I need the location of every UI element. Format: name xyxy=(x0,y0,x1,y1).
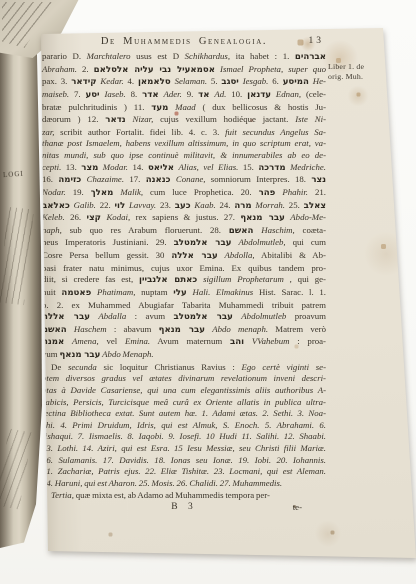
italic-text: Galib. xyxy=(74,200,96,210)
italic-text: Abdo menaph. xyxy=(212,324,268,334)
italic-text: Ego certè viginti se- xyxy=(241,362,326,372)
text-line: p. 2. ex Muhammed Abugiafar Tabarita Muh… xyxy=(42,300,326,312)
italic-text: Schikhardus, xyxy=(185,51,230,61)
hebrew-word: עדנאן xyxy=(247,90,271,100)
italic-text: Phahir. xyxy=(282,187,308,197)
roman-text: 6. xyxy=(268,76,282,86)
hebrew-word: סלאמאן xyxy=(138,77,171,87)
hebrew-word: קידאר xyxy=(71,77,96,87)
text-line: 24. Haruni, qui est Aharon. 25. Mosis. 2… xyxy=(42,478,326,490)
roman-text: Avum maternum xyxy=(150,336,230,346)
italic-text: Abdolmutleb, xyxy=(238,237,285,247)
roman-text: nuit xyxy=(42,287,61,297)
roman-text: 21. xyxy=(308,187,326,197)
text-line: naph, sub quo res Arabum floruerunt. 28.… xyxy=(42,225,326,238)
roman-text: 16. xyxy=(42,174,58,184)
body-text: parario D. Marchtalero usus est D Schikh… xyxy=(42,51,326,501)
roman-text: : avum xyxy=(126,311,173,321)
text-line: 21. Zachariæ, Patris ejus. 22. Eliæ Tish… xyxy=(42,466,326,478)
roman-text: quæ mixta est, ab Adamo ad Muhammedis te… xyxy=(74,490,270,500)
roman-text: : abavum xyxy=(107,324,159,334)
hebrew-word: קצי xyxy=(87,213,101,223)
text-line: jectina Bibliotheca extat. Sunt autem hæ… xyxy=(42,408,326,420)
roman-text: De xyxy=(51,362,68,372)
italic-text: 24. Haruni, qui est Aharon. 25. Mosis. 2… xyxy=(42,478,282,488)
margin-note: Liber 1. de orig. Muh. xyxy=(328,62,390,81)
hebrew-word: מצר xyxy=(81,163,98,173)
text-line: parario D. Marchtalero usus est D Schikh… xyxy=(42,51,326,64)
roman-text xyxy=(244,336,252,346)
text-line: neus Imperatoris Justiniani. 29. עבר אלמ… xyxy=(42,237,326,250)
italic-text: Ismael Propheta, super quo xyxy=(220,64,326,74)
roman-text: Hist. Sarac. l. 1. xyxy=(253,287,326,297)
hebrew-word: יסע xyxy=(85,90,99,100)
roman-text: 2. xyxy=(77,64,94,74)
text-line: Cosre Persa bellum gessit. 30 עבר אללה A… xyxy=(42,250,326,263)
book-page: De Muhammedis Genealogia. 13 parario D. … xyxy=(28,24,416,564)
italic-text: Haschem xyxy=(74,324,107,334)
roman-text: parario D. xyxy=(42,51,87,61)
hebrew-word: האשם xyxy=(42,325,67,335)
roman-text: ( dux bellicosus & hostis Ju- xyxy=(196,102,326,112)
italic-text: He- xyxy=(313,76,326,86)
italic-text: Iaseb. xyxy=(104,89,125,99)
roman-text: 26. xyxy=(65,212,87,222)
italic-text: fuit secundus Angelus Sa- xyxy=(225,127,326,137)
italic-text: Ednan, xyxy=(276,89,301,99)
signature-mark: B 3 xyxy=(171,502,196,512)
roman-text xyxy=(126,114,133,124)
roman-text: 5. xyxy=(207,76,221,86)
roman-text: vum xyxy=(42,349,59,359)
roman-text: vel xyxy=(99,336,125,346)
hebrew-word: אליאס xyxy=(148,163,174,173)
italic-text: jectina Bibliotheca extat. Sunt autem hæ… xyxy=(42,408,326,418)
text-block: De Muhammedis Genealogia. 13 parario D. … xyxy=(42,36,326,514)
italic-text: Iishaqui. 7. Iismaelis. 8. Iaqobi. 9. Io… xyxy=(42,431,326,441)
hebrew-word: מאלך xyxy=(91,188,114,198)
hebrew-word: עבר אלמטלב xyxy=(174,312,233,322)
text-line: Iishaqui. 7. Iismaelis. 8. Iaqobi. 9. Io… xyxy=(42,431,326,443)
hebrew-word: עבר אלמטלב xyxy=(174,238,232,248)
roman-text: 23. xyxy=(156,200,175,210)
italic-text: Ader. xyxy=(163,89,181,99)
italic-text: Ad. xyxy=(214,89,226,99)
text-line: cepti. 13. מצר Modar. 14. אליאס Alias, v… xyxy=(42,162,326,175)
italic-text: Abdalla xyxy=(98,311,126,321)
italic-text: Tertia, xyxy=(51,490,74,500)
text-line: rabicis, Persicis, Turcicisque meâ curâ … xyxy=(42,397,326,409)
italic-text: Iste Ni- xyxy=(295,114,326,124)
text-line: 16. כזימה Chazaime. 17. כנאנה Conane, so… xyxy=(42,174,326,187)
roman-text: Matrem verò xyxy=(268,324,326,334)
text-line: chi. 4. Primi Druidum, Idris, qui est Al… xyxy=(42,420,326,432)
roman-text: rex sapiens & justus. 27. xyxy=(130,212,240,222)
hebrew-word: נצר xyxy=(311,175,326,185)
roman-text: Cosre Persa bellum gessit. 30 xyxy=(42,250,171,260)
hebrew-word: יסגב xyxy=(221,77,238,87)
italic-text: Conane, xyxy=(176,174,206,184)
italic-text: cepti. xyxy=(42,162,61,172)
roman-text: basi frater natu minimus, cujus uxor Emi… xyxy=(42,263,326,273)
italic-text: Keleb. xyxy=(42,212,65,222)
hebrew-word: מדרכה xyxy=(258,163,285,173)
text-line: dæorum ) 12. נדאר Nizar, cujus vexillum … xyxy=(42,114,326,127)
roman-text: 4. xyxy=(124,76,138,86)
roman-text: 15. xyxy=(238,162,258,172)
hebrew-word: עלי xyxy=(173,288,186,298)
hebrew-word: כאלאב xyxy=(42,201,70,211)
roman-text: (cele- xyxy=(301,89,326,99)
roman-text: usus est D xyxy=(130,51,184,61)
italic-text: Malik, xyxy=(120,187,143,197)
text-line: Nodar. 19. מאלך Malik, cum luce Propheti… xyxy=(42,187,326,200)
italic-text: Nodar. xyxy=(42,187,66,197)
hebrew-word: פאטמה xyxy=(61,288,91,298)
hebrew-word: אדר xyxy=(142,90,158,100)
catchword: te- xyxy=(293,502,302,512)
hebrew-word: פהר xyxy=(259,188,276,198)
text-line: thanæ post Ismaelem, habens vexillum alt… xyxy=(42,138,326,150)
roman-text: bratæ pulchritudinis ) 11. xyxy=(42,102,151,112)
hebrew-word: מרה xyxy=(234,201,251,211)
margin-note-line: orig. Muh. xyxy=(328,72,390,82)
text-line: bratæ pulchritudinis ) 11. מעד Maad ( du… xyxy=(42,102,326,115)
hebrew-word: צאלב xyxy=(304,201,326,211)
italic-text: zar, xyxy=(42,127,54,137)
hebrew-word: והב xyxy=(230,337,244,347)
hebrew-word: עבר מנאף xyxy=(59,350,100,360)
book-page-wrap: De Muhammedis Genealogia. 13 parario D. … xyxy=(0,0,416,584)
italic-text: Chazaime. xyxy=(87,174,124,184)
text-line: 16. Sulamanis. 17. Davidis. 18. Ionas se… xyxy=(42,455,326,467)
roman-text: sub quo res Arabum floruerunt. 28. xyxy=(62,225,229,235)
margin-note-line: Liber 1. de xyxy=(328,62,390,72)
hebrew-word: האשם xyxy=(229,226,254,236)
italic-text: Emina. xyxy=(125,336,150,346)
hebrew-word: מעד xyxy=(151,103,168,113)
running-title: De Muhammedis Genealogia. xyxy=(101,36,267,47)
italic-text: Iesgab. xyxy=(243,76,269,86)
roman-text: diit, si credere fas est, xyxy=(42,274,139,284)
roman-text: nuptam xyxy=(135,287,173,297)
italic-text: Morrah. xyxy=(255,200,285,210)
italic-text: Hali. Elmakinus xyxy=(192,287,253,297)
italic-text: Selaman. xyxy=(175,76,208,86)
roman-text: 13. xyxy=(61,162,81,172)
text-line: ptas à Davide Casariense, qui una cum el… xyxy=(42,385,326,397)
page-number: 13 xyxy=(309,36,325,46)
italic-text: maiseb. xyxy=(42,89,69,99)
roman-text: 7. xyxy=(69,89,85,99)
text-line: vum עבר מנאף Abdo Menaph. xyxy=(42,349,326,362)
hebrew-word: עבר אללה xyxy=(42,312,90,322)
italic-text: naph, xyxy=(42,225,62,235)
roman-text: : proa- xyxy=(289,336,326,346)
italic-text: 13. Lothi. 14. Aziri, qui est Esra. 15 I… xyxy=(42,443,326,453)
roman-text xyxy=(218,250,225,260)
hebrew-word: כנאנה xyxy=(146,175,171,185)
hebrew-word: כזימה xyxy=(58,175,81,185)
italic-text: ptem diversos gradus vel ætates divinaru… xyxy=(42,373,326,383)
roman-text xyxy=(67,324,74,334)
text-line: diit, si credere fas est, כאתם אלנביין s… xyxy=(42,274,326,287)
text-line: maiseb. 7. יסע Iaseb. 8. אדר Ader. 9. אד… xyxy=(42,89,326,102)
italic-text: Phatimam, xyxy=(97,287,135,297)
roman-text: cujus vexillum hodiéque jactant. xyxy=(153,114,295,124)
roman-text: , qui ge- xyxy=(284,274,326,284)
text-line: Keleb. 26. קצי Kodai, rex sapiens & just… xyxy=(42,212,326,225)
italic-text: Maad xyxy=(175,102,196,112)
signature-row: B 3 te- xyxy=(42,502,326,514)
italic-text: rabicis, Persicis, Turcicisque meâ curâ … xyxy=(42,397,326,407)
roman-text: 24. xyxy=(216,200,235,210)
text-line: ptem diversos gradus vel ætates divinaru… xyxy=(42,373,326,385)
text-line: De secunda sic loquitur Christianus Ravi… xyxy=(42,362,326,374)
roman-text: scribit author Fortalit. fidei lib. 4. c… xyxy=(54,127,225,137)
text-line: עבר אללה Abdalla : avum עבר אלמטלב Abdol… xyxy=(42,311,326,324)
italic-text: Nizar, xyxy=(133,114,154,124)
roman-text: coæta- xyxy=(295,225,326,235)
roman-text: sic loquitur Christianus Ravius : xyxy=(97,362,242,372)
roman-text xyxy=(64,336,72,346)
roman-text: 25. xyxy=(285,200,304,210)
text-line: האשם Haschem : abavum עבר מנאף Abdo mena… xyxy=(42,324,326,337)
italic-text: VVahebum xyxy=(252,336,290,346)
italic-text: Kedar. xyxy=(100,76,123,86)
hebrew-word: אסמאעיל נבי עליה אלסלאם xyxy=(94,65,215,75)
italic-text: ptas à Davide Casariense, qui una cum el… xyxy=(42,385,326,395)
italic-text: nitas mundi, sub quo ipse continuè milit… xyxy=(42,150,326,160)
text-line: nitas mundi, sub quo ipse continuè milit… xyxy=(42,150,326,162)
roman-text: qui cum xyxy=(286,237,326,247)
text-line: כאלאב Galib. 22. לוי Lavvay. 23. כעב Kaa… xyxy=(42,200,326,213)
italic-text: 21. Zachariæ, Patris ejus. 22. Eliæ Tish… xyxy=(42,466,326,476)
hebrew-word: המיסע xyxy=(283,77,309,87)
roman-text: ita habet : 1. xyxy=(230,51,295,61)
italic-text: Lavvay. xyxy=(129,200,156,210)
text-line: Abraham. 2. אסמאעיל נבי עליה אלסלאם Isma… xyxy=(42,64,326,77)
roman-text: 22. xyxy=(96,200,115,210)
italic-text: Modar. xyxy=(103,162,128,172)
roman-text: dæorum ) 12. xyxy=(42,114,105,124)
text-line: Tertia, quæ mixta est, ab Adamo ad Muham… xyxy=(42,490,326,502)
roman-text: proavum xyxy=(286,311,326,321)
roman-text: 8. xyxy=(126,89,142,99)
hebrew-word: עבר מנאף xyxy=(240,213,285,223)
italic-text: chi. 4. Primi Druidum, Idris, qui est Al… xyxy=(42,420,326,430)
italic-text: Kaab. xyxy=(194,200,215,210)
page-header: De Muhammedis Genealogia. 13 xyxy=(42,36,326,47)
italic-text: Abdolla, xyxy=(225,250,255,260)
roman-text: Abitalibi & Ab- xyxy=(255,250,326,260)
roman-text: cum luce Prophetica. 20. xyxy=(143,187,259,197)
hebrew-word: כעב xyxy=(175,201,191,211)
roman-text: p. 2. ex Muhammed Abugiafar Tabarita Muh… xyxy=(42,300,326,310)
italic-text: Alias, vel Elias. xyxy=(179,162,239,172)
hebrew-word: נדאר xyxy=(105,115,125,125)
roman-text: neus Imperatoris Justiniani. 29. xyxy=(42,237,174,247)
text-line: zar, scribit author Fortalit. fidei lib.… xyxy=(42,127,326,139)
hebrew-word: עבר מנאף xyxy=(159,325,205,335)
italic-text: Abdo-Me- xyxy=(290,212,326,222)
italic-text: Medriche. xyxy=(290,162,326,172)
hebrew-word: כאתם אלנביין xyxy=(139,275,197,285)
italic-text: Abdo Menaph. xyxy=(102,349,153,359)
text-line: basi frater natu minimus, cujus uxor Emi… xyxy=(42,263,326,275)
hebrew-word: אמנה xyxy=(42,337,64,347)
roman-text: 9. xyxy=(182,89,198,99)
italic-text: Kodai, xyxy=(106,212,130,222)
hebrew-word: עבר אללה xyxy=(171,251,217,261)
italic-text: thanæ post Ismaelem, habens vexillum alt… xyxy=(42,138,326,148)
italic-text: Abraham. xyxy=(42,64,77,74)
italic-text: 16. Sulamanis. 17. Davidis. 18. Ionas se… xyxy=(42,455,326,465)
text-line: pax. 3. קידאר Kedar. 4. סלאמאן Selaman. … xyxy=(42,76,326,89)
roman-text: 17. xyxy=(124,174,146,184)
italic-text: Marchtalero xyxy=(87,51,131,61)
hebrew-word: לוי xyxy=(115,201,126,211)
hebrew-word: אברהים xyxy=(295,52,326,62)
hebrew-word: אד xyxy=(198,90,209,100)
text-line: אמנה Amena, vel Emina. Avum maternum והב… xyxy=(42,336,326,349)
italic-text: Abdolmutleb xyxy=(241,311,286,321)
roman-text: pax. 3. xyxy=(42,76,71,86)
text-line: nuit פאטמה Phatimam, nuptam עלי Hali. El… xyxy=(42,287,326,300)
paper-stains xyxy=(28,24,29,25)
italic-text: Haschim, xyxy=(261,225,294,235)
italic-text: sigillum Prophetarum xyxy=(203,274,284,284)
italic-text: secunda xyxy=(68,362,97,372)
roman-text: 10. xyxy=(226,89,247,99)
roman-text: 19. xyxy=(66,187,91,197)
text-line: 13. Lothi. 14. Aziri, qui est Esra. 15 I… xyxy=(42,443,326,455)
roman-text: 14. xyxy=(128,162,148,172)
roman-text: somniorum Interpres. 18. xyxy=(205,174,311,184)
italic-text: Amena, xyxy=(72,336,99,346)
